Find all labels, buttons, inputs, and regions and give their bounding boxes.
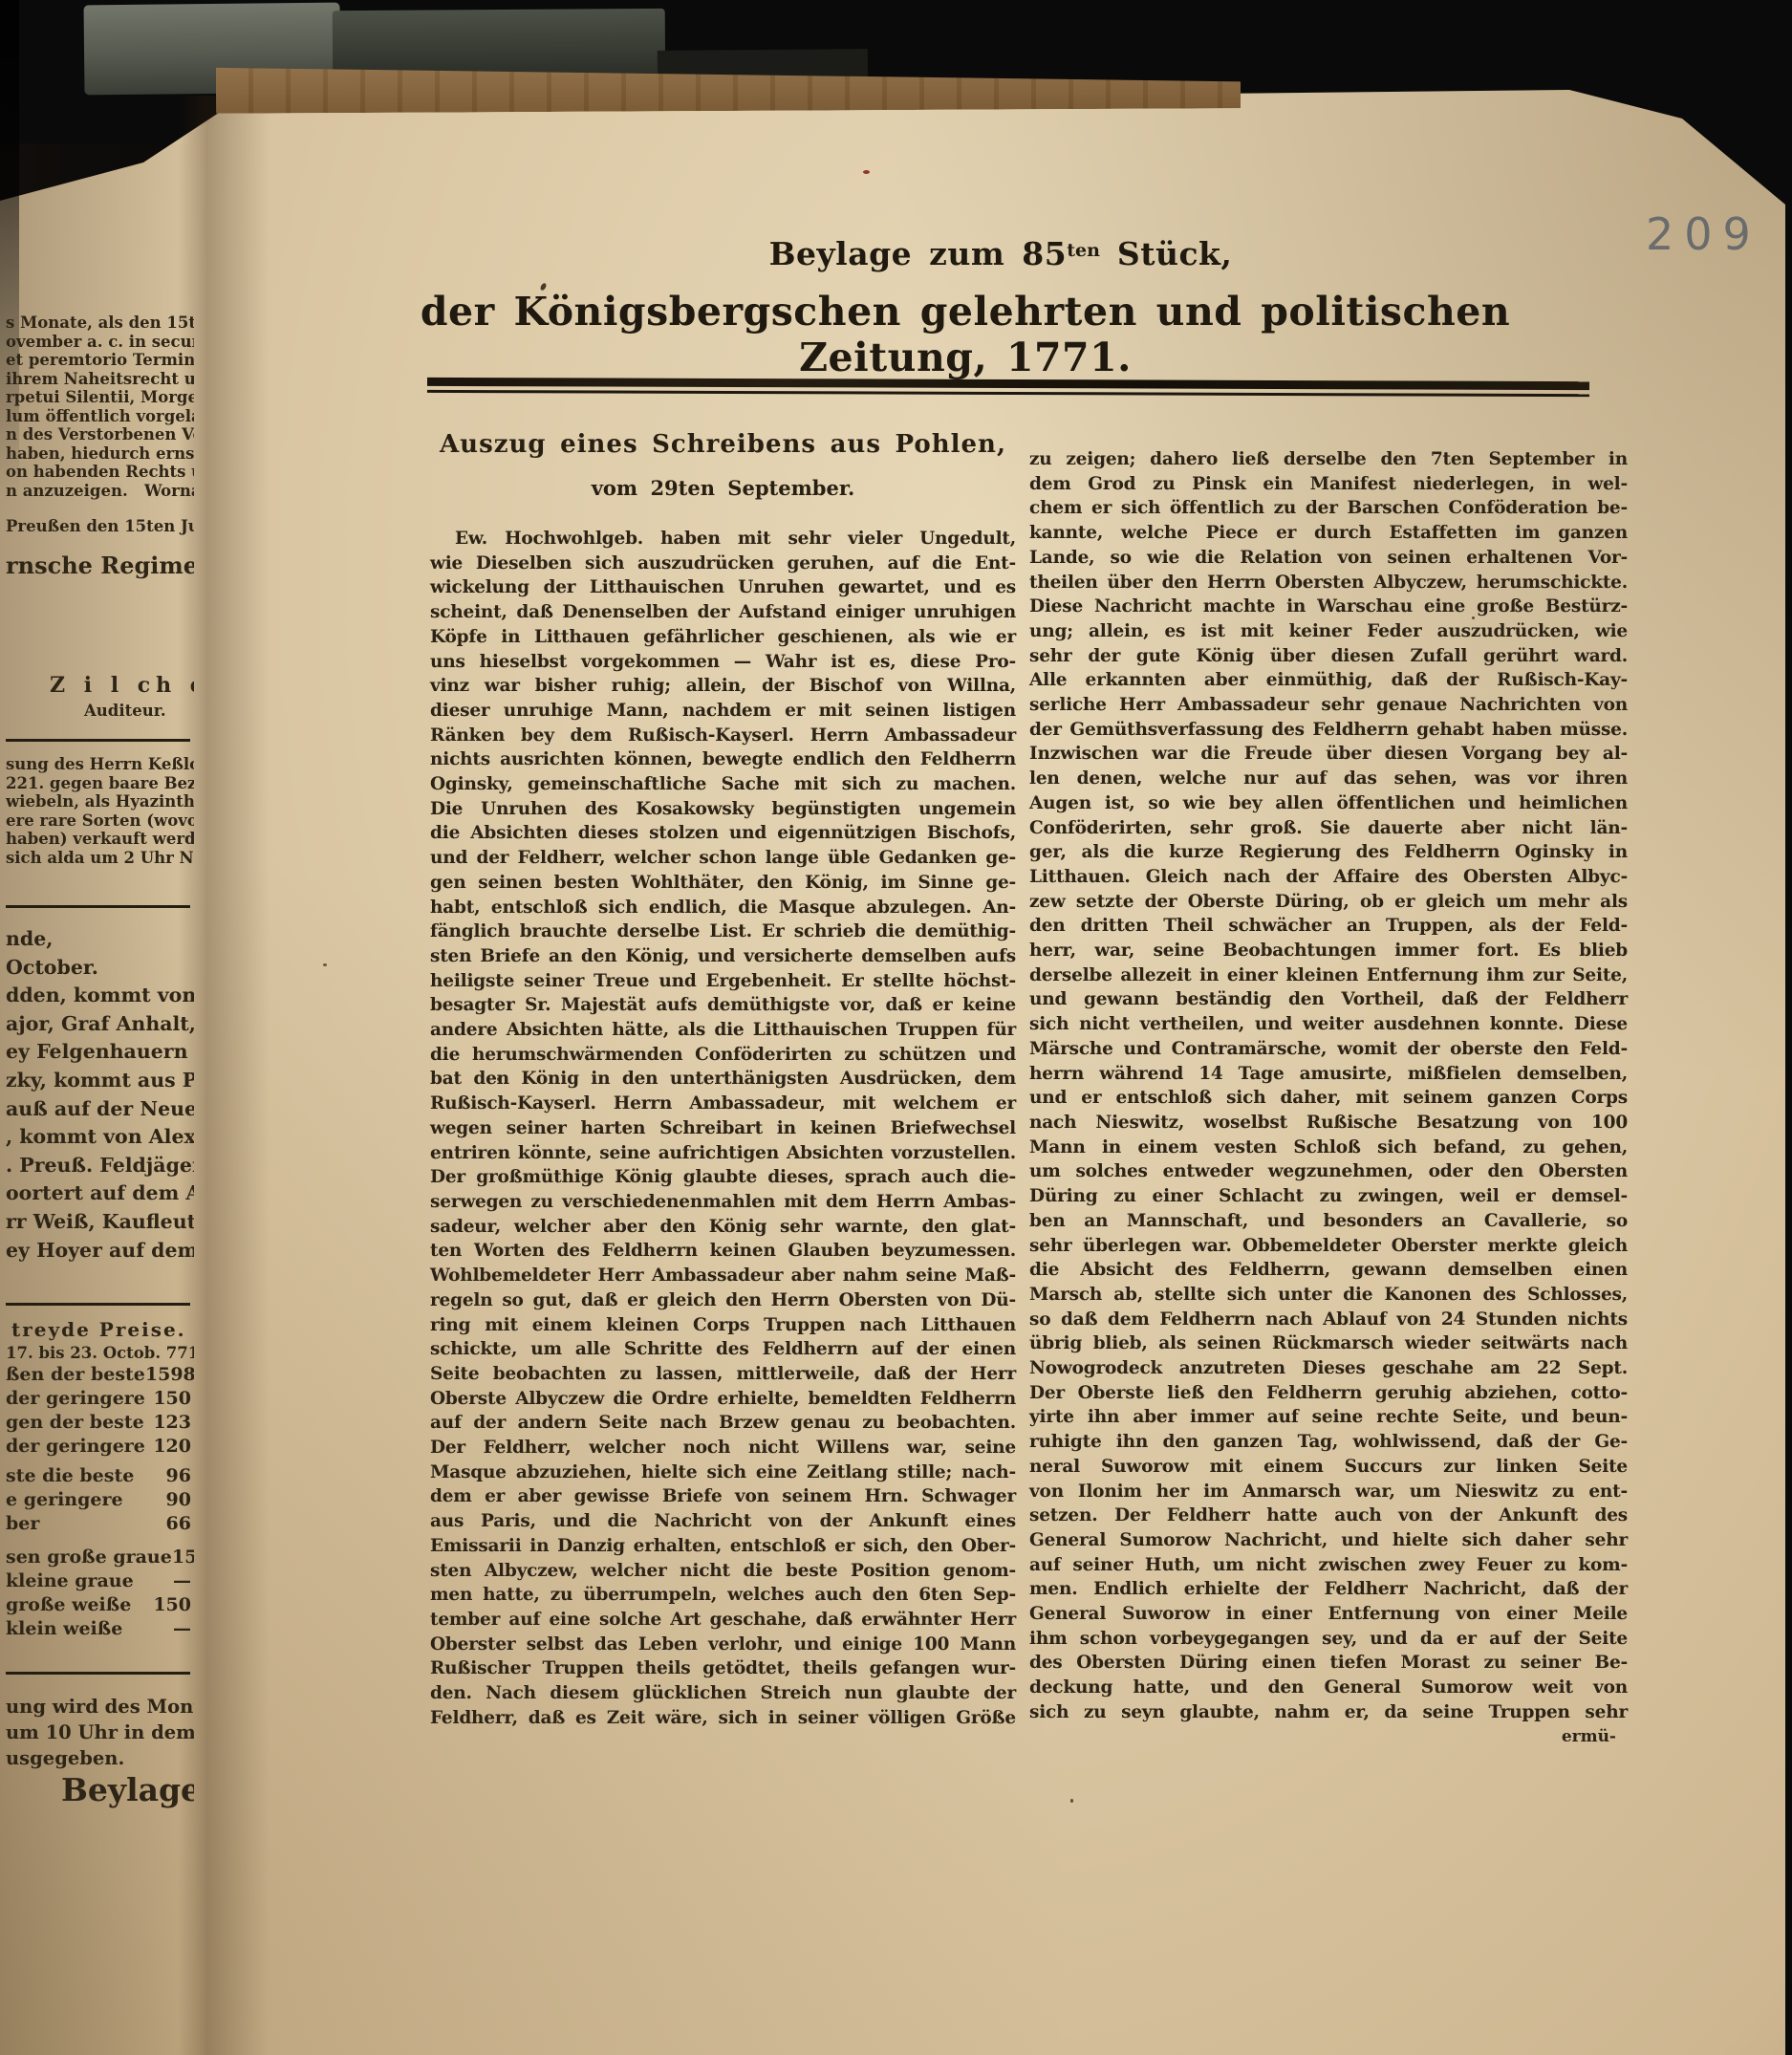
text-line: bat den König in den unterthänigsten Aus… [430, 1067, 1016, 1092]
text-line: men hatte, zu überrumpeln, welches auch … [430, 1583, 1016, 1608]
text-line: Conföderirten, sehr groß. Sie dauerte ab… [1029, 816, 1628, 841]
text-line: Ränken bey dem Rußisch-Kayserl. Herrn Am… [430, 724, 1016, 748]
text-line: rpetui Silentii, Morgen [6, 388, 194, 407]
text-line: herr, war, seine Beobachtungen immer for… [1029, 939, 1628, 963]
catchword-text: ermü- [1029, 1724, 1628, 1749]
paper-speck [1070, 1799, 1073, 1803]
text-line: Lande, so wie die Relation von seinen er… [1029, 546, 1628, 571]
text-line: Z i l ch e r, [6, 671, 194, 700]
price-value: 66 [166, 1512, 191, 1536]
text-line: die Absichten dieses stolzen und eigennü… [430, 821, 1016, 846]
text-line: Nowogrodeck anzutreten Dieses geschahe a… [1029, 1356, 1628, 1381]
text-line: , kommt von Alexen, [6, 1123, 194, 1152]
article-column-left: Ew. Hochwohlgeb. haben mit sehr vieler U… [430, 527, 1016, 1730]
ordinal-superscript: ten [1067, 240, 1100, 261]
text-line: zu zeigen; dahero ließ derselbe den 7ten… [1029, 447, 1628, 472]
text-line: Düring zu einer Schlacht zu zwingen, wei… [1029, 1184, 1628, 1209]
price-label: ßen der beste [6, 1363, 145, 1387]
paper-speck [323, 963, 327, 966]
price-row: klein weiße— [6, 1617, 194, 1641]
text-line: der Gemüthsverfassung des Feldherrn geha… [1029, 718, 1628, 743]
price-value: 1598 [145, 1363, 194, 1387]
text-line: Beylage. [6, 1771, 194, 1809]
text-line: October. [6, 954, 194, 983]
text-line: und er entschloß sich daher, mit seinem … [1029, 1086, 1628, 1111]
text-line: men. Endlich erhielte der Feldherr Nachr… [1029, 1577, 1628, 1602]
text-line: nde, [6, 925, 194, 954]
text-line: den. Nach diesem glücklichen Streich nun… [430, 1681, 1016, 1706]
price-row: gen der beste123 [6, 1411, 194, 1435]
text-line: den dritten Theil schwächer an Truppen, … [1029, 914, 1628, 939]
separator-rule [6, 905, 190, 908]
text-line: 221. gegen baare Bezah [6, 774, 194, 793]
price-value: — [173, 1617, 191, 1641]
text-line: n des Verstorbenen Ver [6, 425, 194, 444]
text-line: ger, als die kurze Regierung des Feldher… [1029, 840, 1628, 865]
price-value: 150 [172, 1546, 194, 1569]
text-line: sten Albyczew, welcher nicht die beste P… [430, 1559, 1016, 1584]
text-line: Oberster selbst das Leben verlohr, und e… [430, 1633, 1016, 1657]
text-line: ovember a. c. in secun [6, 333, 194, 352]
price-label: der geringere [6, 1387, 145, 1411]
text-line: wie Dieselben sich auszudrücken geruhen,… [430, 552, 1016, 576]
text-line: yirte ihn aber immer auf seine rechte Se… [1029, 1405, 1628, 1430]
text-line: haben) verkauft werden; [6, 830, 194, 849]
text-line: Masque abzuziehen, hielte sich eine Zeit… [430, 1460, 1016, 1485]
text-line: Märsche und Contramärsche, womit der obe… [1029, 1037, 1628, 1062]
price-row: ste die beste96 [6, 1464, 194, 1488]
masthead-line1: Beylage zum 85ten Stück, [408, 235, 1593, 272]
separator-rule [6, 1672, 190, 1675]
text-line: Ew. Hochwohlgeb. haben mit sehr vieler U… [430, 527, 1016, 552]
price-row: ber66 [6, 1512, 194, 1536]
price-label: e geringere [6, 1488, 123, 1512]
text-line: Der Feldherr, welcher noch nicht Willens… [430, 1436, 1016, 1460]
text-line: ihm schon vorbeygegangen sey, und da er … [1029, 1627, 1628, 1652]
text-line: habt, entschloß sich endlich, die Masque… [430, 896, 1016, 920]
text-line: die herumschwärmenden Conföderirten zu s… [430, 1043, 1016, 1068]
text-line: nichts ausrichten können, bewegte endlic… [430, 747, 1016, 772]
text-line: auß auf der Neuen [6, 1095, 194, 1124]
text-line: sung des Herrn Keßlort [6, 755, 194, 774]
text-line: neral Suworow mit einem Succurs zur link… [1029, 1455, 1628, 1480]
text-line: Preußen den 15ten Ju [6, 517, 194, 536]
text-line: Der Oberste ließ den Feldherrn geruhig a… [1029, 1381, 1628, 1406]
text-line: sich zu seyn glaubte, nahm er, da seine … [1029, 1700, 1628, 1725]
text-line: Die Unruhen des Kosakowsky begünstigten … [430, 797, 1016, 822]
price-label: ber [6, 1512, 39, 1536]
price-value: 96 [166, 1464, 191, 1488]
text-line: dieser unruhige Mann, nachdem er mit sei… [430, 699, 1016, 724]
text-line: übrig blieb, als seinen Rückmarsch wiede… [1029, 1331, 1628, 1356]
text-line: haben, hiedurch ernstl [6, 444, 194, 464]
price-row: der geringere150 [6, 1387, 194, 1411]
text-line: Seite beobachten zu lassen, mittlerweile… [430, 1362, 1016, 1387]
text-line: len denen, welche nur auf das sehen, was… [1029, 767, 1628, 791]
text-line: ung wird des Montags [6, 1694, 194, 1720]
text-line: ung; allein, es ist mit keiner Feder aus… [1029, 619, 1628, 644]
folio-number-stamp: 209 [1646, 208, 1792, 260]
price-label: klein weiße [6, 1617, 122, 1641]
text-line: Emissarii in Danzig erhalten, entschloß … [430, 1534, 1016, 1559]
text-line: General Sumorow Nachricht, und hielte si… [1029, 1528, 1628, 1553]
facing-page-fragment: s Monate, als den 15teovember a. c. in s… [6, 314, 194, 1809]
text-line: theilen über den Herrn Obersten Albyczew… [1029, 571, 1628, 595]
text-line: . Preuß. Feldjäger, [6, 1152, 194, 1180]
text-line: ihrem Naheitsrecht u [6, 370, 194, 389]
text-line: schickte, um alle Schritte des Feldherrn… [430, 1337, 1016, 1362]
text-line: ring mit einem kleinen Corps Truppen nac… [430, 1313, 1016, 1338]
text-line: Litthauen. Gleich nach der Affaire des O… [1029, 865, 1628, 890]
text-line: ben an Mannschaft, und besonders an Cava… [1029, 1209, 1628, 1234]
text-line: zew setzte der Oberste Düring, ob er gle… [1029, 890, 1628, 915]
text-line: Inzwischen war die Freude über diesen Vo… [1029, 742, 1628, 767]
text-line: aus Paris, und die Nachricht von der Ank… [430, 1509, 1016, 1534]
text-line: et peremtorio Termin [6, 351, 194, 370]
text-line: gen seinen besten Wohlthäter, den König,… [430, 871, 1016, 896]
text-line: Rußischer Truppen theils getödtet, theil… [430, 1656, 1016, 1681]
text-line: oortert auf dem An [6, 1179, 194, 1208]
text-line: derselbe allezeit in einer kleinen Entfe… [1029, 963, 1628, 988]
text-line: wegen seiner harten Schreibart in keinen… [430, 1116, 1016, 1141]
text-line: tember auf eine solche Art geschahe, daß… [430, 1608, 1016, 1633]
text-line: und der Feldherr, welcher schon lange üb… [430, 846, 1016, 871]
text-line: auf der andern Seite nach Brzew genau zu… [430, 1411, 1016, 1436]
price-label: der geringere [6, 1435, 145, 1459]
text-line: kannte, welche Piece er durch Estaffette… [1029, 521, 1628, 546]
text-line: herrn während 14 Tage amusirte, mißfiele… [1029, 1062, 1628, 1087]
text-line: so daß dem Feldherrn nach Ablauf von 24 … [1029, 1308, 1628, 1332]
text-line: sehr überlegen war. Obbemeldeter Oberste… [1029, 1234, 1628, 1259]
text-line: besagter Sr. Majestät aufs demüthigste v… [430, 993, 1016, 1018]
text-line: Oginsky, gemeinschaftliche Sache mit sic… [430, 772, 1016, 797]
price-label: gen der beste [6, 1411, 144, 1435]
text-line: Der großmüthige König glaubte dieses, sp… [430, 1165, 1016, 1190]
text-line: Marsch ab, stellte sich unter die Kanone… [1029, 1283, 1628, 1308]
text-line: um solches entweder wegzunehmen, oder de… [1029, 1159, 1628, 1184]
text-line: usgegeben. [6, 1745, 194, 1771]
text-line: und gewann beständig den Vortheil, daß d… [1029, 987, 1628, 1012]
text-line: sadeur, welcher aber den König sehr warn… [430, 1215, 1016, 1240]
text-line: Wohlbemeldeter Herr Ambassadeur aber nah… [430, 1264, 1016, 1288]
text-line: die Absicht des Feldherrn, gewann demsel… [1029, 1258, 1628, 1283]
text-line: dem Grod zu Pinsk ein Manifest niederleg… [1029, 472, 1628, 497]
text-line: wiebeln, als Hyazinthen [6, 792, 194, 811]
text-line: 17. bis 23. Octob. 771. [6, 1344, 194, 1363]
price-row: sen große graue150 [6, 1546, 194, 1569]
price-label: große weiße [6, 1593, 131, 1617]
text-line: dden, kommt von [6, 982, 194, 1010]
separator-rule [6, 1303, 190, 1306]
text-line: setzen. Der Feldherr hatte auch von der … [1029, 1503, 1628, 1528]
text-line: serliche Herr Ambassadeur sehr genaue Na… [1029, 693, 1628, 718]
text-line: Alle erkannten aber einmüthig, daß der R… [1029, 668, 1628, 693]
price-value: 150 [153, 1387, 191, 1411]
text-line: andere Absichten hätte, als die Litthaui… [430, 1018, 1016, 1043]
text-line: ruhigte ihn den ganzen Tag, wohlwissend,… [1029, 1430, 1628, 1455]
text-line: Auditeur. [6, 702, 194, 721]
price-value: — [173, 1569, 191, 1593]
text-line: uns hieselbst vorgekommen — Wahr ist es,… [430, 650, 1016, 675]
price-label: ste die beste [6, 1464, 134, 1488]
text-line: dem er aber gewisse Briefe von seinem Hr… [430, 1484, 1016, 1509]
text-line: scheint, daß Denenselben der Aufstand ei… [430, 600, 1016, 625]
text-line: rnsche Regiments- [6, 552, 194, 580]
text-line: fänglich brauchte derselbe List. Er schr… [430, 919, 1016, 944]
separator-rule [6, 739, 190, 742]
price-label: sen große graue [6, 1546, 172, 1569]
price-row: e geringere90 [6, 1488, 194, 1512]
text-line: sich alda um 2 Uhr Nach [6, 849, 194, 868]
text-line: sten Briefe an den König, und versichert… [430, 944, 1016, 969]
catchword: ermü- [1029, 1724, 1628, 1749]
text-line: sich nicht vertheilen, und weiter ausdeh… [1029, 1012, 1628, 1037]
paper-speck [863, 170, 870, 174]
text-line: nach Nieswitz, woselbst Rußische Besatzu… [1029, 1111, 1628, 1136]
text-line: serwegen zu verschiedenenmahlen mit dem … [430, 1190, 1016, 1215]
text-line: on habenden Rechts u [6, 463, 194, 482]
text-line: ajor, Graf Anhalt, [6, 1010, 194, 1039]
price-row: große weiße150 [6, 1593, 194, 1617]
text-line: ten Worten des Feldherrn keinen Glauben … [430, 1239, 1016, 1264]
scanned-newspaper-page: 209 Beylage zum 85ten Stück, der Königsb… [0, 0, 1792, 2055]
text-line: vinz war bisher ruhig; allein, der Bisch… [430, 674, 1016, 699]
text-line: ere rare Sorten (wovon [6, 811, 194, 831]
article-subheading: vom 29ten September. [430, 476, 1016, 500]
masthead-line2: der Königsbergschen gelehrten und politi… [325, 289, 1606, 380]
text-line: von Ilonim her im Anmarsch war, um Niesw… [1029, 1480, 1628, 1504]
article-heading: Auszug eines Schreibens aus Pohlen, [430, 430, 1016, 459]
price-row: der geringere120 [6, 1435, 194, 1459]
text-line: Rußisch-Kayserl. Herrn Ambassadeur, mit … [430, 1092, 1016, 1116]
text-line: rr Weiß, Kaufleute, [6, 1208, 194, 1237]
text-line: ey Hoyer auf dem [6, 1237, 194, 1265]
text-line: wickelung der Litthauischen Unruhen gewa… [430, 575, 1016, 600]
text-line: heiligste seiner Treue und Ergebenheit. … [430, 969, 1016, 994]
price-row: kleine graue— [6, 1569, 194, 1593]
text-line: lum öffentlich vorgelad [6, 407, 194, 426]
text-line: s Monate, als den 15te [6, 314, 194, 333]
price-row: ßen der beste1598 [6, 1363, 194, 1387]
price-value: 120 [153, 1435, 191, 1459]
text-line: auf seiner Huth, um nicht zwischen zwey … [1029, 1553, 1628, 1578]
text-line: deckung hatte, und den General Sumorow w… [1029, 1676, 1628, 1700]
text-line: Augen ist, so wie bey allen öffentlichen… [1029, 791, 1628, 816]
text-line: Diese Nachricht machte in Warschau eine … [1029, 595, 1628, 619]
text-line: entriren könnte, seine aufrichtigen Absi… [430, 1141, 1016, 1166]
text-line: treyde Preise. [6, 1317, 194, 1342]
text-line: Oberste Albyczew die Ordre erhielte, bem… [430, 1387, 1016, 1412]
text-line: um 10 Uhr in dem [6, 1720, 194, 1745]
article-column-right: zu zeigen; dahero ließ derselbe den 7ten… [1029, 447, 1628, 1725]
text-line: Mann in einem vesten Schloß sich befand,… [1029, 1136, 1628, 1160]
text-line: General Suworow in einer Entfernung von … [1029, 1602, 1628, 1627]
text-line: ey Felgenhauern auf [6, 1038, 194, 1067]
text-line: zky, kommt aus Po [6, 1067, 194, 1095]
text-line: des Obersten Düring einen tiefen Morast … [1029, 1651, 1628, 1676]
text-line: sehr der gute König über diesen Zufall g… [1029, 644, 1628, 669]
text-line: chem er sich öffentlich zu der Barschen … [1029, 496, 1628, 521]
text-line: Köpfe in Litthauen gefährlicher geschien… [430, 625, 1016, 650]
price-label: kleine graue [6, 1569, 134, 1593]
price-value: 150 [153, 1593, 191, 1617]
text-line: n anzuzeigen. Wornach [6, 482, 194, 501]
text-line: Feldherr, daß es Zeit wäre, sich in sein… [430, 1706, 1016, 1731]
text-line: regeln so gut, daß er gleich den Herrn O… [430, 1288, 1016, 1313]
price-value: 90 [166, 1488, 191, 1512]
price-value: 123 [153, 1411, 191, 1435]
